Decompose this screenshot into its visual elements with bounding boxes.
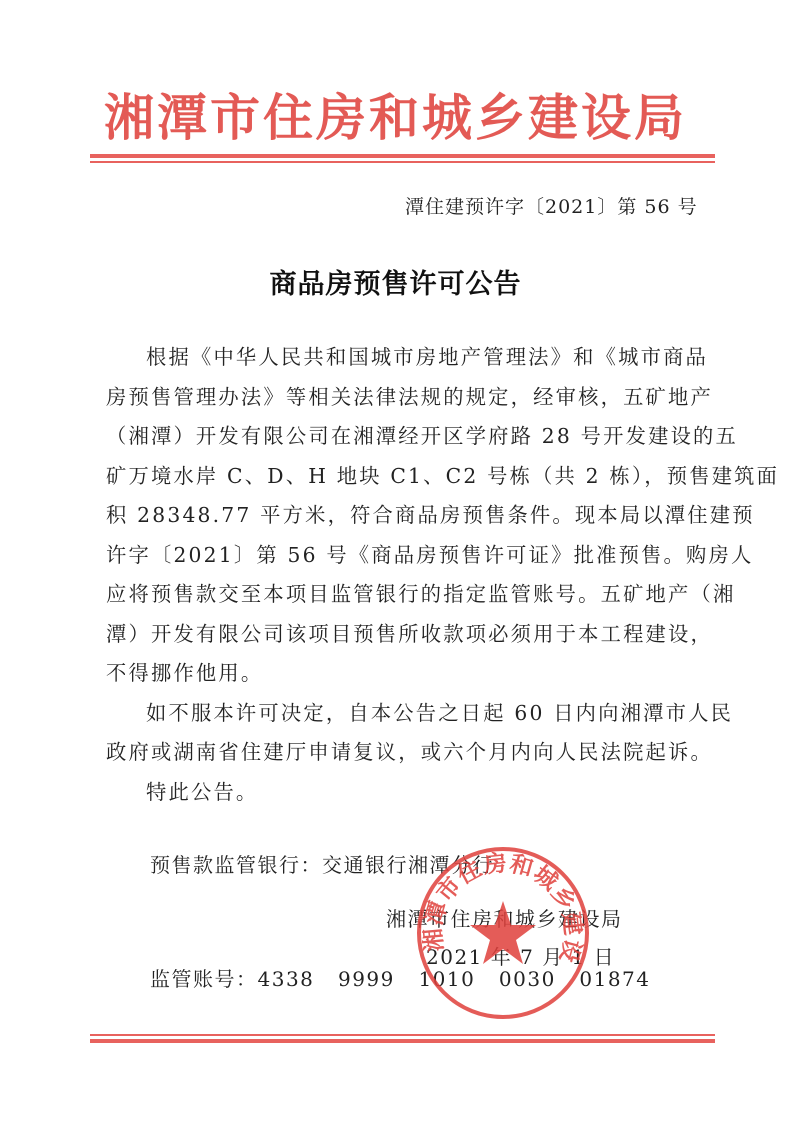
document-number: 潭住建预许字〔2021〕第 56 号: [405, 192, 698, 219]
text-line: 应将预售款交至本项目监管银行的指定监管账号。五矿地产（湘: [106, 575, 706, 615]
footer-rule-thin: [90, 1034, 715, 1036]
text-line: 政府或湖南省住建厅申请复议，或六个月内向人民法院起诉。: [106, 733, 706, 773]
seal-star-icon: [470, 901, 536, 964]
masthead-rule-thick: [90, 154, 715, 158]
paragraph-1: 根据《中华人民共和国城市房地产管理法》和《城市商品 房预售管理办法》等相关法律法…: [106, 338, 706, 694]
account-label: 监管账号：: [150, 967, 258, 991]
text-line: 根据《中华人民共和国城市房地产管理法》和《城市商品: [106, 338, 706, 378]
paragraph-2: 如不服本许可决定，自本公告之日起 60 日内向湘潭市人民 政府或湖南省住建厅申请…: [106, 694, 706, 773]
footer-rule-thick: [90, 1039, 715, 1043]
text-line: 积 28348.77 平方米，符合商品房预售条件。现本局以潭住建预: [106, 496, 706, 536]
document-body: 根据《中华人民共和国城市房地产管理法》和《城市商品 房预售管理办法》等相关法律法…: [106, 338, 706, 812]
text-line: 不得挪作他用。: [106, 654, 706, 694]
masthead-rule-thin: [90, 161, 715, 163]
document-title: 商品房预售许可公告: [0, 262, 791, 301]
bank-label: 预售款监管银行：: [150, 853, 322, 877]
text-line: 许字〔2021〕第 56 号《商品房预售许可证》批准预售。购房人: [106, 536, 706, 576]
agency-masthead: 湘潭市住房和城乡建设局: [104, 88, 704, 148]
official-seal-icon: 湘潭市住房和城乡建设局: [415, 845, 591, 1021]
text-line: 潭）开发有限公司该项目预售所收款项必须用于本工程建设，: [106, 615, 706, 655]
text-line: （湘潭）开发有限公司在湘潭经开区学府路 28 号开发建设的五: [106, 417, 706, 457]
text-line: 如不服本许可决定，自本公告之日起 60 日内向湘潭市人民: [106, 694, 706, 734]
text-line: 房预售管理办法》等相关法律法规的规定，经审核，五矿地产: [106, 378, 706, 418]
text-line: 矿万境水岸 C、D、H 地块 C1、C2 号栋（共 2 栋），预售建筑面: [106, 457, 706, 497]
